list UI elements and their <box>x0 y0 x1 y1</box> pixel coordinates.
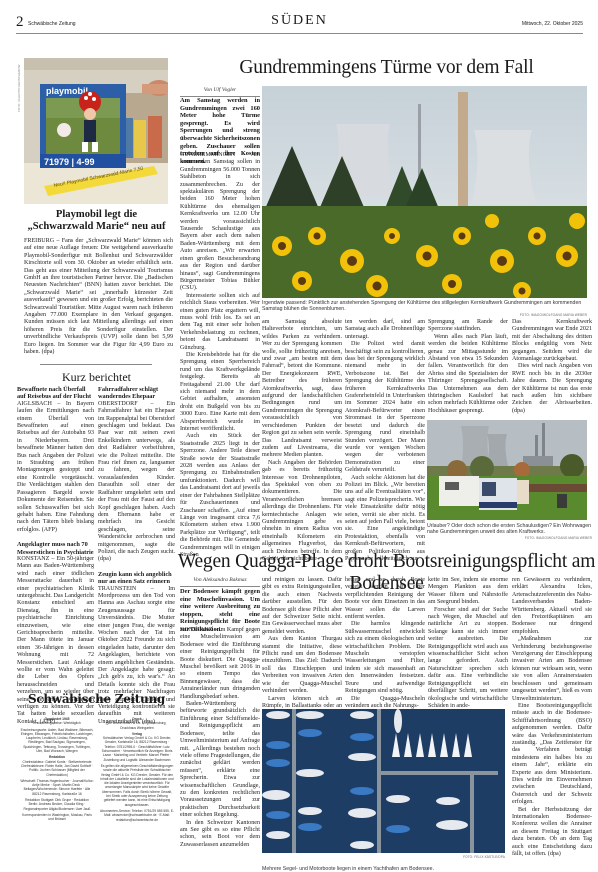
news-brief: Bewaffnete nach Überfall auf Reisebus au… <box>17 386 94 534</box>
byline: Von Ulf Vogler <box>180 87 260 97</box>
article-column: Sprengung am Rande der Sperrzone stattfi… <box>428 319 508 415</box>
news-brief-body: AIGLSBACH – In Bayern laufen die Ermittl… <box>17 401 94 534</box>
article-column: heften und so durch Boote verteilt werde… <box>345 577 425 710</box>
article-column: ren Gewässern zu verhindern, erklärt Ale… <box>512 577 592 858</box>
article-column: und reinigen zu lassen. Dafür gibt es ex… <box>262 577 342 718</box>
photo-caption-block: Urlauber? Oder doch schon die ersten Sch… <box>427 523 592 540</box>
article-column: am Samstag absolute Halteverbote einrich… <box>262 319 342 563</box>
playmobil-box-image: playmobil 71979 | 4-99 Neu!! Playmobil S… <box>24 58 168 204</box>
photo-caption: Mehrere Segel- und Motorboote liegen in … <box>262 866 434 872</box>
issue-date: Mittwoch, 22. Oktober 2025 <box>522 21 583 27</box>
page-header: 2 Schwäbische Zeitung SÜDEN Mittwoch, 22… <box>16 11 583 34</box>
impressum-left: Gegründet 1945Erscheinungsweise: Werktäg… <box>20 715 94 822</box>
playmobil-headline: Playmobil legt die „Schwarzwald Marie“ n… <box>18 209 175 234</box>
news-brief-headline: Zeugin kann sich angeblich nur an einen … <box>98 571 175 586</box>
article-column: kette im See, indem sie enorme Mengen Pl… <box>428 577 508 710</box>
divider <box>40 364 152 365</box>
gundremmingen-headline: Gundremmingens Türme vor dem Fall <box>175 57 598 79</box>
photo-caption: Irgendwie passend: Pünktlich zur anstehe… <box>262 300 587 313</box>
article-column: ten werden darf, sind am Samstag auch al… <box>345 319 425 563</box>
playmobil-article-body: FREIBURG – Fans der „Schwarzwald Marie“ … <box>24 238 173 357</box>
photo-caption-block: Mehrere Segel- und Motorboote liegen in … <box>262 855 505 872</box>
cooling-towers-photo <box>262 86 587 298</box>
article-column: Das Kernkraftwerk Gundremmingen war Ende… <box>512 319 592 415</box>
impressum-right: DruckSV Druck GmbH & Co. KG Ravensburg, … <box>100 715 174 822</box>
photo-caption: Urlauber? Oder doch schon die ersten Sch… <box>427 523 592 536</box>
kurz-berichtet-title: Kurz berichtet <box>18 370 175 385</box>
byline: Von Aleksandra Bakmaz <box>180 577 260 587</box>
playmobil-logo: playmobil <box>46 86 88 96</box>
caravan-near-power-plant-image <box>427 420 587 520</box>
kurz-column-2: Fahrradfahrer schlägt wanderndes Ehepaar… <box>98 386 175 733</box>
harbor-photo <box>262 709 505 853</box>
news-brief-body: OBERSTDORF – Ein Fahrradfahrer hat ein E… <box>98 401 175 564</box>
photo-credit: FOTO: VALENTIN GENSCHEROW <box>17 62 23 112</box>
cooling-towers-sunflowers-image <box>262 86 587 298</box>
news-brief-headline: Bewaffnete nach Überfall auf Reisebus au… <box>17 386 94 401</box>
article-column: GUNDREMMINGEN – Am kommenden Samstag sol… <box>180 152 260 559</box>
playmobil-photo: playmobil 71979 | 4-99 Neu!! Playmobil S… <box>24 58 168 204</box>
news-brief: Fahrradfahrer schlägt wanderndes Ehepaar… <box>98 386 175 564</box>
yacht-harbor-aerial-image <box>262 709 505 853</box>
caravan-photo <box>427 420 587 520</box>
kurz-column-1: Bewaffnete nach Überfall auf Reisebus au… <box>17 386 94 733</box>
article-column: KONSTANZ – Im Kampf gegen eine Muschelin… <box>180 627 260 849</box>
photo-credit: FOTO: FELIX KÄSTLE/DPA <box>463 855 505 859</box>
box-number: 71979 | 4-99 <box>44 157 95 167</box>
news-brief-headline: Fahrradfahrer schlägt wanderndes Ehepaar <box>98 386 175 401</box>
newspaper-logo: Schwäbische Zeitung <box>18 692 175 706</box>
photo-credit: FOTO: IMAGO/WOLFGANG MARIA WEBER <box>427 536 592 540</box>
photo-caption-block: Irgendwie passend: Pünktlich zur anstehe… <box>262 300 587 317</box>
photo-credit: FOTO: IMAGO/WOLFGANG MARIA WEBER <box>262 313 587 317</box>
section-title: SÜDEN <box>16 13 583 29</box>
news-brief-headline: Angeklagter muss nach 70 Messerstichen i… <box>17 541 94 556</box>
